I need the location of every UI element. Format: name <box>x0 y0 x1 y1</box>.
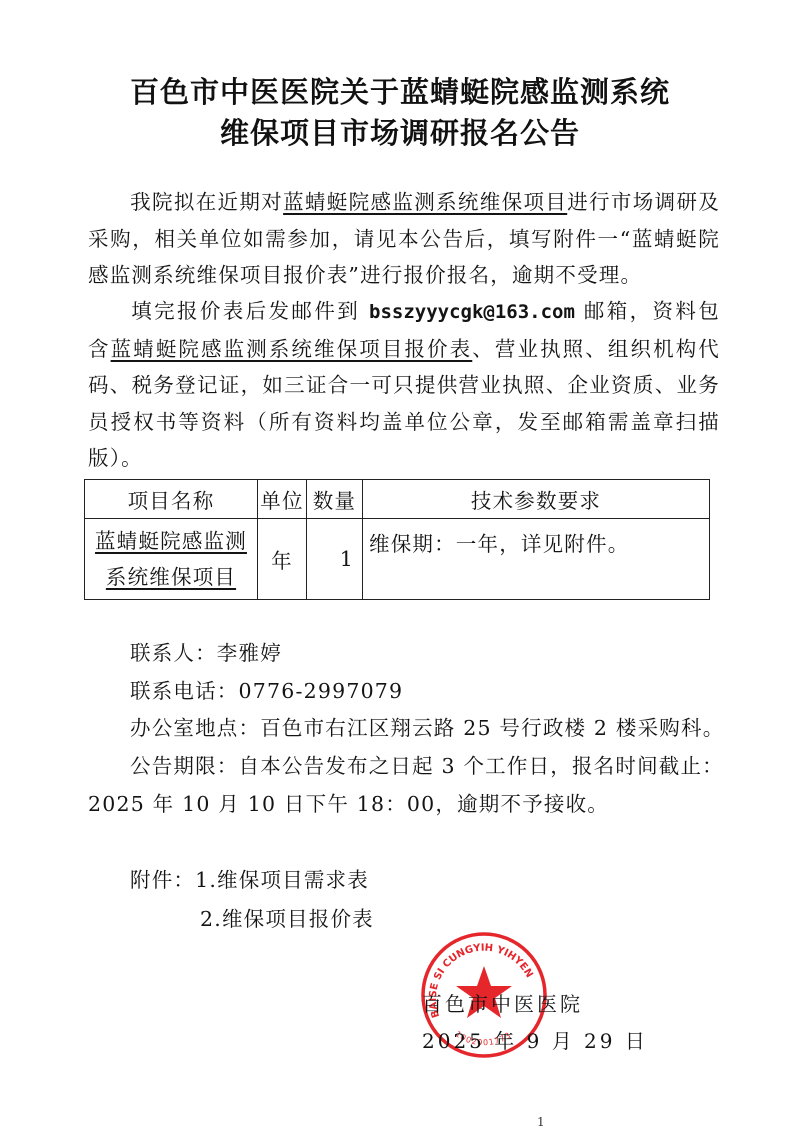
header-quantity: 数量 <box>307 480 363 519</box>
project-name-underlined: 蓝蜻蜓院感监测系统维保项目 <box>283 190 567 214</box>
project-table: 项目名称 单位 数量 技术参数要求 蓝蜻蜓院感监测 系统维保项目 年 1 维保期… <box>84 479 710 600</box>
project-name-line2: 系统维保项目 <box>106 565 236 589</box>
cell-quantity: 1 <box>307 519 363 600</box>
attachment-1: 附件：1.维保项目需求表 <box>130 863 369 893</box>
header-project-name: 项目名称 <box>85 480 258 519</box>
table-header-row: 项目名称 单位 数量 技术参数要求 <box>85 480 710 519</box>
cell-requirement: 维保期：一年，详见附件。 <box>363 519 710 600</box>
table-row: 蓝蜻蜓院感监测 系统维保项目 年 1 维保期：一年，详见附件。 <box>85 519 710 600</box>
contact-phone: 联系电话：0776-2997079 <box>130 674 403 704</box>
page-mark: 1 <box>537 1115 545 1129</box>
document-title-line1: 百色市中医医院关于蓝蜻蜓院感监测系统 <box>0 70 800 111</box>
intro-paragraph: 我院拟在近期对蓝蜻蜓院感监测系统维保项目进行市场调研及采购，相关单位如需参加，请… <box>88 184 720 294</box>
document-title-line2: 维保项目市场调研报名公告 <box>0 111 800 152</box>
attachment-2: 2.维保项目报价表 <box>200 902 374 932</box>
notice-period-line1: 公告期限：自本公告发布之日起 3 个工作日，报名时间截止： <box>130 749 724 779</box>
cell-project-name: 蓝蜻蜓院感监测 系统维保项目 <box>85 519 258 600</box>
contact-person: 联系人：李雅婷 <box>130 636 282 666</box>
email-address: bsszyyycgk@163.com <box>369 301 575 323</box>
cell-unit: 年 <box>258 519 307 600</box>
office-location: 办公室地点：百色市右江区翔云路 25 号行政楼 2 楼采购科。 <box>130 711 724 741</box>
signing-date: 2025 年 9 月 29 日 <box>422 1025 648 1054</box>
project-name-line1: 蓝蜻蜓院感监测 <box>95 529 247 553</box>
submission-paragraph: 填完报价表后发邮件到 bsszyyycgk@163.com 邮箱，资料包含蓝蜻蜓… <box>88 293 720 477</box>
notice-period-line2: 2025 年 10 月 10 日下午 18：00，逾期不予接收。 <box>88 787 609 817</box>
quote-form-underlined: 蓝蜻蜓院感监测系统维保项目报价表 <box>111 337 473 361</box>
header-requirements: 技术参数要求 <box>363 480 710 519</box>
signing-organization: 百色市中医医院 <box>422 988 583 1017</box>
submission-prefix: 填完报价表后发邮件到 <box>130 299 369 323</box>
intro-prefix: 我院拟在近期对 <box>130 190 283 214</box>
header-unit: 单位 <box>258 480 307 519</box>
